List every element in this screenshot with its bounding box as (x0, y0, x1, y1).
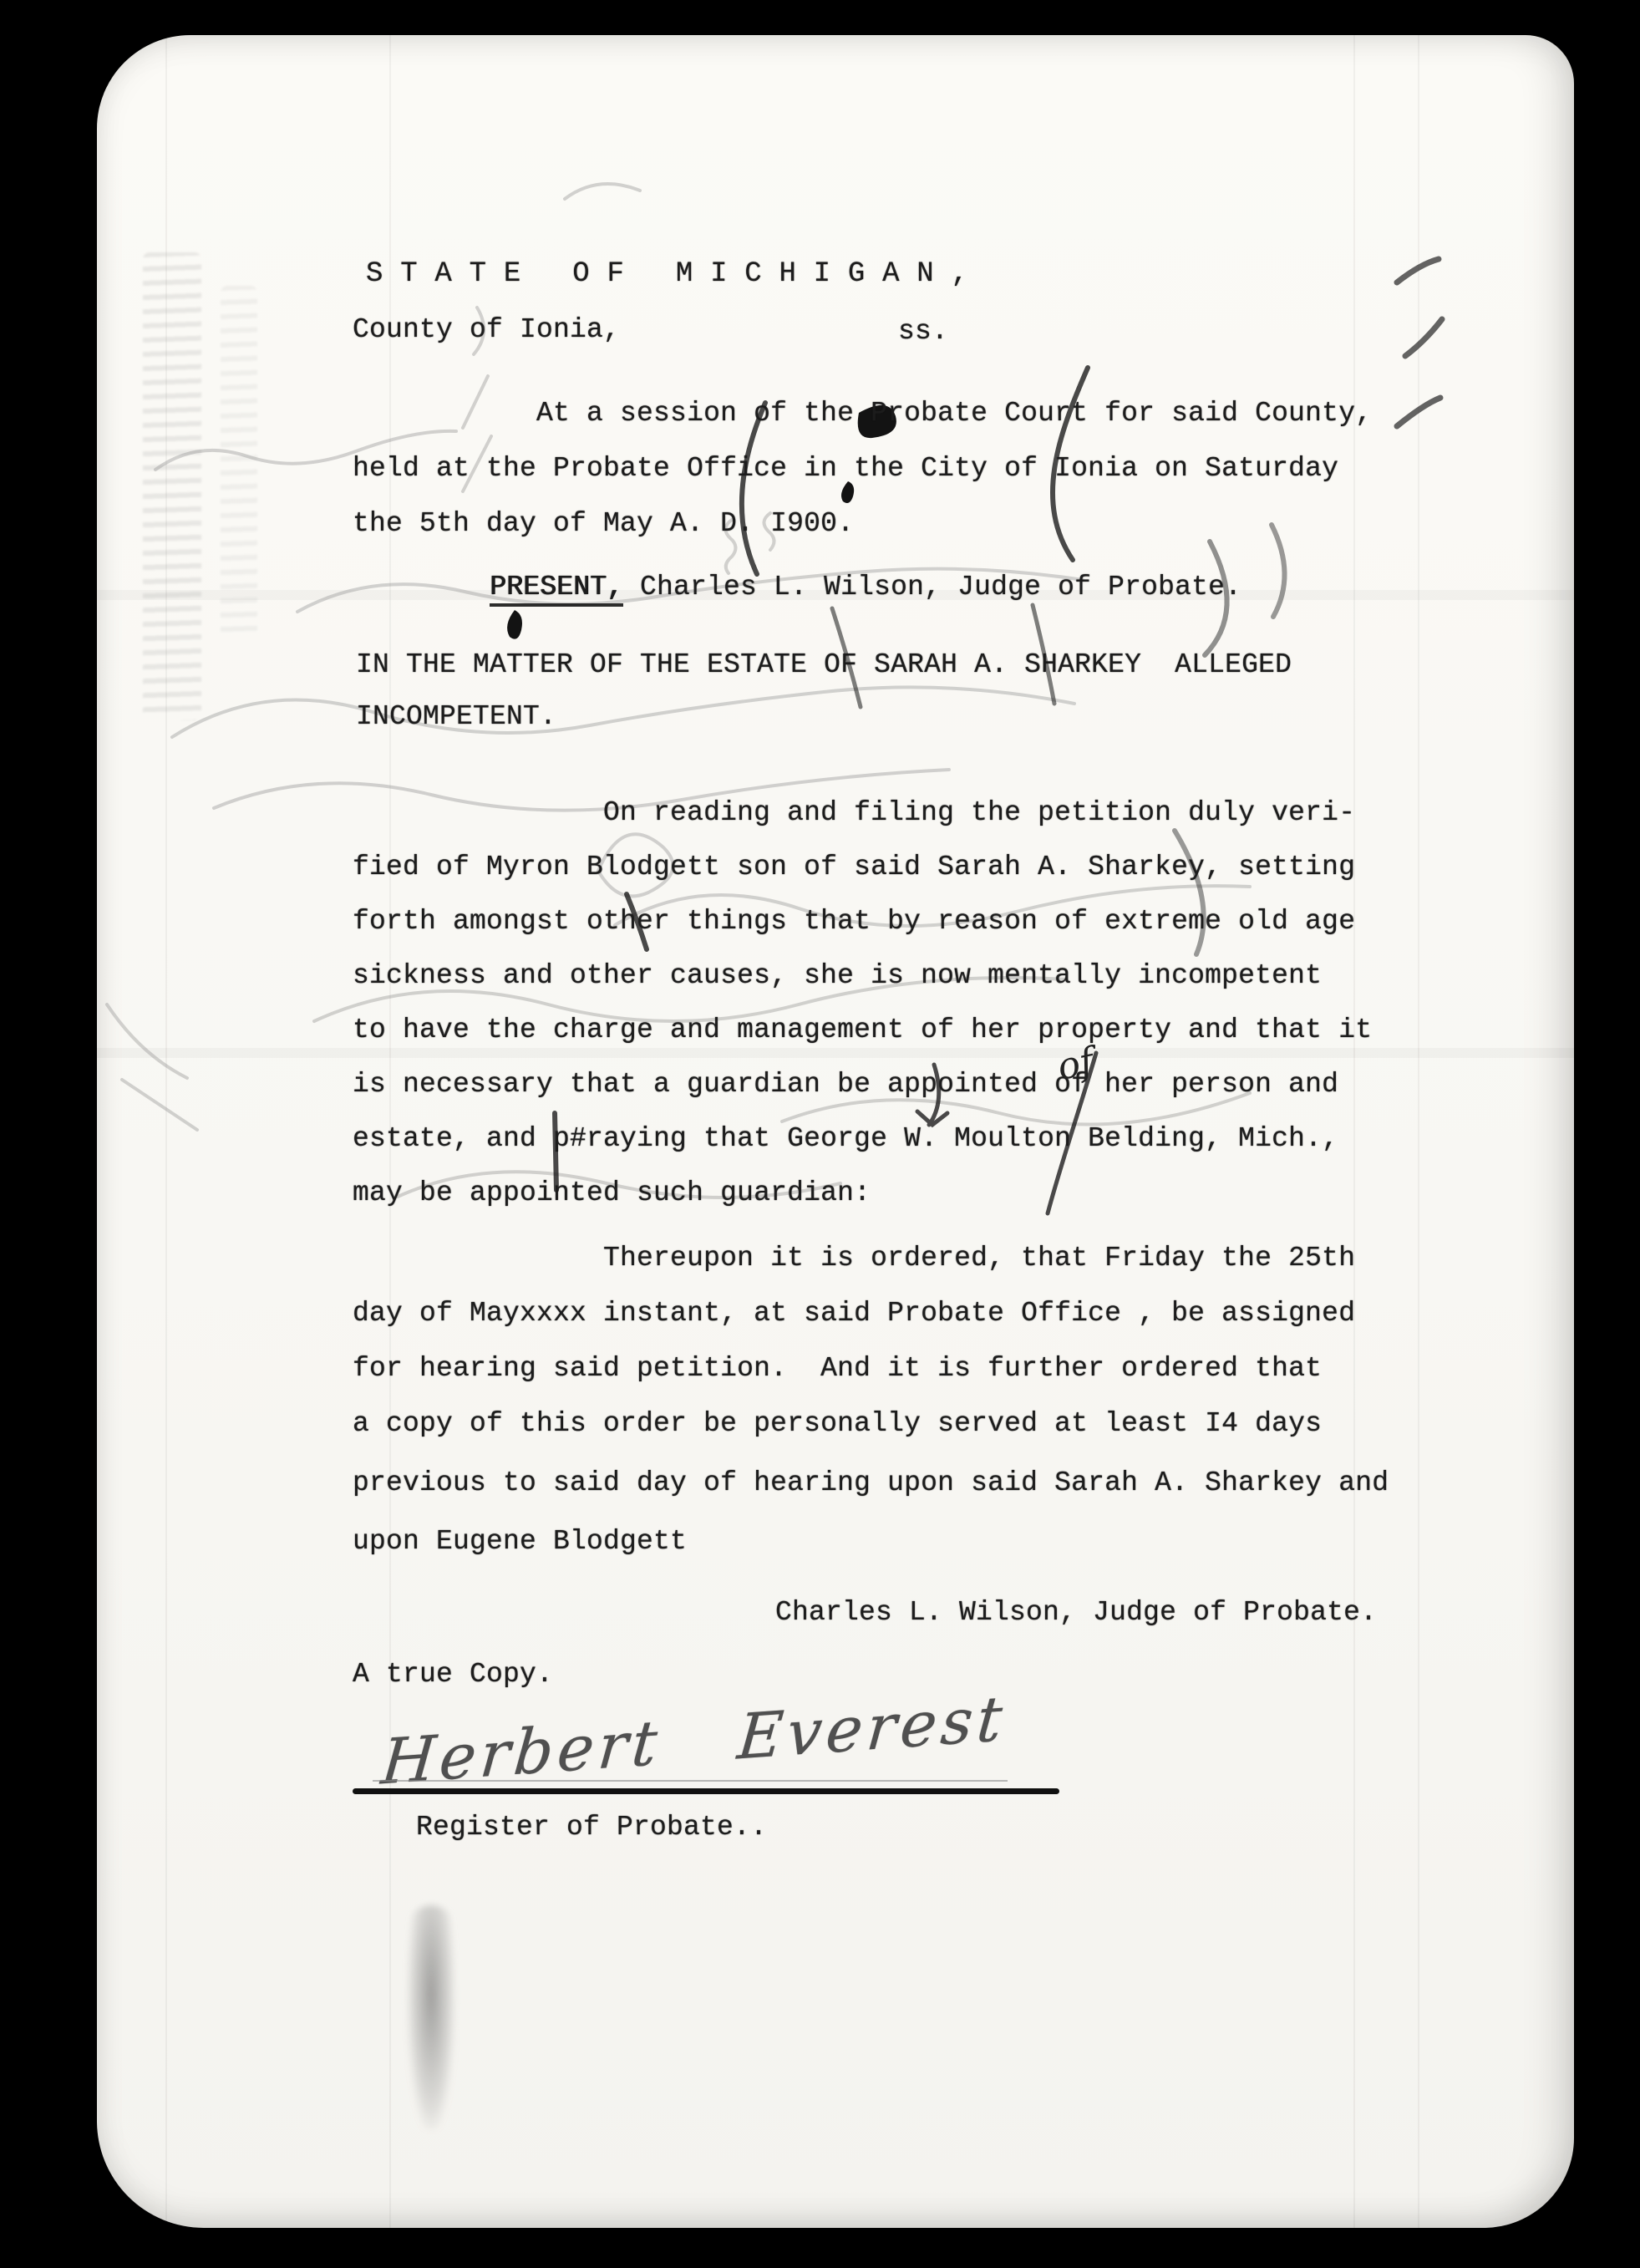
ss-abbreviation: ss. (898, 304, 948, 359)
service-paragraph: previous to said day of hearing upon sai… (353, 1454, 1389, 1571)
true-copy-line: A true Copy. (353, 1647, 553, 1701)
petition-paragraph: On reading and filing the petition duly … (353, 786, 1372, 1220)
bleed-through-stamp (221, 286, 257, 637)
scanner-background: { "document": { "header_state": "S T A T… (0, 0, 1640, 2268)
bleed-through-stamp (143, 252, 201, 720)
fold-crease-right (1418, 35, 1419, 2228)
scanned-document-page: S T A T E O F M I C H I G A N , County o… (97, 35, 1574, 2228)
present-judge: Charles L. Wilson, Judge of Probate. (623, 572, 1241, 603)
register-title-line: Register of Probate.. (416, 1800, 767, 1854)
county-line: County of Ionia, (353, 303, 620, 357)
matter-caption: IN THE MATTER OF THE ESTATE OF SARAH A. … (356, 639, 1292, 743)
document-title-state: S T A T E O F M I C H I G A N , (366, 247, 968, 302)
present-line: PRESENT, Charles L. Wilson, Judge of Pro… (490, 560, 1241, 614)
present-label: PRESENT, (490, 572, 623, 607)
session-paragraph: At a session of the Probate Court for sa… (353, 386, 1372, 552)
signature-underline-thin (373, 1780, 1008, 1782)
ink-smudge (408, 1905, 454, 2129)
signature-underline (353, 1788, 1059, 1794)
judge-signature-line: Charles L. Wilson, Judge of Probate. (775, 1585, 1377, 1640)
order-paragraph: Thereupon it is ordered, that Friday the… (353, 1231, 1355, 1452)
